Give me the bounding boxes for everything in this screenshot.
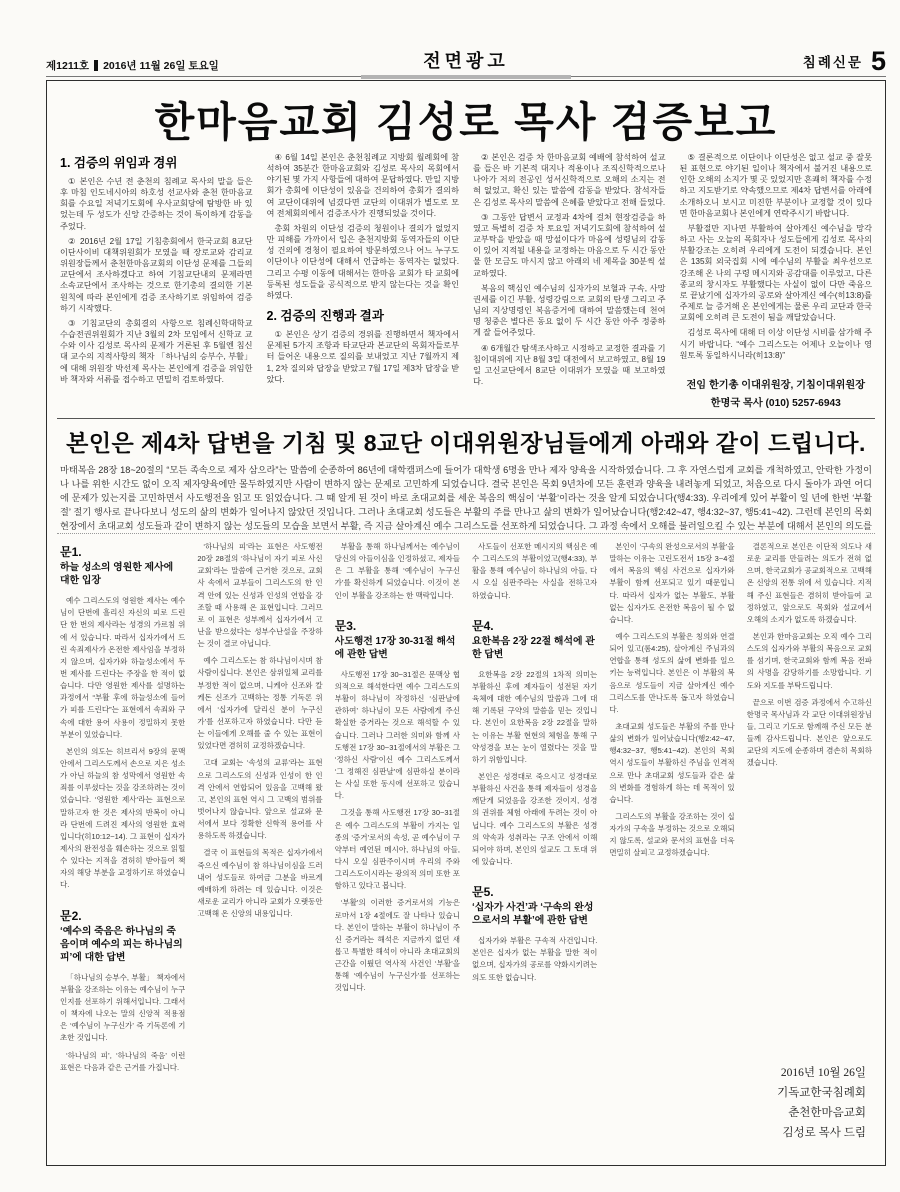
article-paragraph: 본인과 한마음교회는 오직 예수 그리스도의 십자가와 부활의 복음으로 교회를…	[747, 631, 872, 692]
question-number: 문3.	[335, 617, 460, 634]
banner-paragraph: 마태복음 28장 18~20절의 “모든 족속으로 제자 삼으라”는 말씀에 순…	[60, 464, 872, 534]
signature-line: 춘천한마음교회	[747, 1103, 872, 1123]
article-paragraph: 복음의 핵심인 예수님의 십자가의 보혈과 구속, 사망 권세를 이긴 부활, …	[473, 283, 666, 339]
verification-report-article: 1. 검증의 위임과 경위① 본인은 수년 전 춘천의 침례교 목사의 말을 들…	[60, 152, 872, 415]
ad-frame: 한마음교회 김성로 목사 검증보고 1. 검증의 위임과 경위① 본인은 수년 …	[46, 80, 886, 1166]
issue-date: 2016년 11월 26일 토요일	[103, 58, 219, 73]
article-paragraph: 초대교회 성도들은 부활의 주를 만나 삶의 변화가 일어났습니다(행2:42~…	[609, 721, 734, 806]
page-number: 5	[871, 51, 886, 73]
question-number: 문5.	[472, 883, 597, 900]
article-paragraph: 그리스도의 부활을 강조하는 것이 십자가의 구속을 부정하는 것으로 오해되지…	[609, 811, 734, 860]
section-heading: 1. 검증의 위임과 경위	[60, 153, 253, 171]
news-column: 결론적으로 본인은 이단적 의도나 새로운 교리를 만들려는 의도가 전혀 없으…	[747, 541, 872, 1159]
article-paragraph: 「하나님의 승부수, 부활」 책자에서 부활을 강조하는 이유는 예수님이 누구…	[60, 972, 185, 1045]
article-paragraph: 결국 이 표현들의 목적은 십자가에서 죽으신 예수님이 참 하나님이심을 드러…	[197, 847, 322, 920]
article-paragraph: ② 본인은 검증 차 한마음교회 예배에 참석하여 설교를 들은 바 기본적 대…	[473, 152, 666, 208]
article-paragraph: 본인의 의도는 히브리서 9장의 문맥 안에서 그리스도께서 손으로 지은 성소…	[60, 746, 185, 892]
article-paragraph: 십자가와 부활은 구속적 사건입니다. 본인은 십자가 없는 부활을 말한 적이…	[472, 935, 597, 984]
question-title: 하늘 성소의 영원한 제사에 대한 입장	[60, 561, 185, 587]
article-paragraph: 예수 그리스도는 참 하나님이시며 참 사람이십니다. 본인은 삼위일체 교리를…	[197, 655, 322, 752]
section-label-underline	[361, 75, 571, 79]
article-paragraph: ‘부활’의 이러한 증거로서의 기능은 로마서 1장 4절에도 잘 나타나 있습…	[335, 897, 460, 994]
question-title: ‘십자가 사건’과 ‘구속의 완성으로서의 부활’에 관한 답변	[472, 901, 597, 927]
signature-line: 기독교한국침례회	[747, 1083, 872, 1103]
question-number: 문4.	[472, 617, 597, 634]
article-paragraph: 사도행전 17장 30~31절은 문맥상 협의적으로 해석한다면 예수 그리스도…	[335, 669, 460, 803]
article-paragraph: ② 2016년 2월 17일 기침총회에서 한국교회 8교단 이단사이비 대책위…	[60, 236, 253, 314]
news-column: 부활을 통해 하나님께서는 예수님이 당신의 아들이심을 인정하셨고, 제자들은…	[335, 541, 460, 1159]
article-paragraph: ⑤ 결론적으로 이단이나 이단성은 없고 설교 중 잘못된 표현으로 야기된 일…	[680, 152, 873, 219]
article-paragraph: ③ 기침교단의 총회결의 사항으로 침례신학대학교 수습전권위원회가 지난 3월…	[60, 318, 253, 385]
article-paragraph: 김성로 목사에 대해 더 이상 이단성 시비를 삼가해 주시기 바랍니다. “예…	[680, 327, 873, 360]
question-title: ‘예수의 죽음은 하나님의 죽음이며 예수의 피는 하나님의 피’에 대한 답변	[60, 925, 185, 964]
article-paragraph: 부활을 통해 하나님께서는 예수님이 당신의 아들이심을 인정하셨고, 제자들은…	[335, 541, 460, 602]
section-heading: 2. 검증의 진행과 결과	[267, 306, 460, 324]
article-paragraph: ④ 6월 14일 본인은 춘천침례교 지방회 월례회에 참석하여 35분간 한마…	[267, 152, 460, 219]
article-paragraph: 고대 교회는 ‘속성의 교류’라는 표현으로 그리스도의 신성과 인성이 한 인…	[197, 757, 322, 842]
article-paragraph: 본인은 성경대로 죽으시고 성경대로 부활하신 사건을 통해 제자들이 성경을 …	[472, 771, 597, 868]
attribution-line: 전임 한기총 이대위원장, 기침이대위원장	[680, 377, 873, 395]
question-number: 문1.	[60, 543, 185, 560]
question-number: 문2.	[60, 907, 185, 924]
attribution-line: 한명국 목사 (010) 5257-6943	[680, 395, 873, 415]
question-title: 사도행전 17장 30-31절 해석에 관한 답변	[335, 635, 460, 661]
paper-name: 침례신문	[803, 51, 863, 73]
news-column: 문1.하늘 성소의 영원한 제사에 대한 입장예수 그리스도의 영원한 제사는 …	[60, 541, 185, 1159]
news-column: 사도들이 선포한 메시지의 핵심은 예수 그리스도의 부활이었고(행4:33),…	[472, 541, 597, 1159]
article-paragraph: 요한복음 2장 22절의 1차적 의미는 부활하신 후에 제자들이 성전된 자기…	[472, 669, 597, 766]
news-column: 본인이 ‘구속의 완성으로서의 부활’을 말하는 이유는 고린도전서 15장 3…	[609, 541, 734, 1159]
article-paragraph: 결론적으로 본인은 이단적 의도나 새로운 교리를 만들려는 의도가 전혀 없으…	[747, 541, 872, 626]
article-paragraph: 예수 그리스도의 영원한 제사는 예수님이 단번에 흘리신 자신의 피로 드린 …	[60, 595, 185, 741]
question-title: 요한복음 2장 22절 해석에 관한 답변	[472, 635, 597, 661]
page-title: 한마음교회 김성로 목사 검증보고	[47, 89, 885, 148]
article-paragraph: 그것을 통해 사도행전 17장 30~31절은 예수 그리스도의 부활이 가지는…	[335, 807, 460, 892]
article-paragraph: ‘하나님의 피’라는 표현은 사도행전 20장 28절의 ‘하나님이 자기 피로…	[197, 541, 322, 650]
news-column: ④ 6월 14일 본인은 춘천침례교 지방회 월례회에 참석하여 35분간 한마…	[267, 152, 460, 415]
banner-headline: 본인은 제4차 답변을 기침 및 8교단 이대위원장님들에게 아래와 같이 드립…	[60, 425, 872, 458]
newspaper-page: { "masthead": { "issue_no": "제1211호", "d…	[0, 0, 900, 1192]
statement-banner: 본인은 제4차 답변을 기침 및 8교단 이대위원장님들에게 아래와 같이 드립…	[57, 418, 875, 534]
signature-line: 김성로 목사 드림	[747, 1123, 872, 1143]
article-paragraph: ‘하나님의 피’, ‘하나님의 죽음’ 이런 표현은 다음과 같은 근거를 가집…	[60, 1050, 185, 1074]
signature-line: 2016년 10월 26일	[747, 1063, 872, 1083]
article-paragraph: 사도들이 선포한 메시지의 핵심은 예수 그리스도의 부활이었고(행4:33),…	[472, 541, 597, 602]
news-column: ‘하나님의 피’라는 표현은 사도행전 20장 28절의 ‘하나님이 자기 피로…	[197, 541, 322, 1159]
article-paragraph: 총회 차원의 이단성 검증의 청원이나 결의가 없었지만 피해를 가까이서 입은…	[267, 223, 460, 301]
answers-article: 문1.하늘 성소의 영원한 제사에 대한 입장예수 그리스도의 영원한 제사는 …	[60, 541, 872, 1159]
article-paragraph: ④ 6개월간 탐색조사하고 시정하고 교정한 결과를 기침이대위에 지난 8월 …	[473, 343, 666, 388]
article-paragraph: ① 본인은 상기 검증의 경위를 진행하면서 책자에서 문제된 5가지 조항과 …	[267, 329, 460, 385]
news-column: 1. 검증의 위임과 경위① 본인은 수년 전 춘천의 침례교 목사의 말을 들…	[60, 152, 253, 415]
article-paragraph: ③ 그동안 답변서 교정과 4차에 걸쳐 현장검증을 하였고 특별히 검증 차 …	[473, 212, 666, 279]
issue-number: 제1211호	[46, 58, 89, 73]
article-paragraph: 본인이 ‘구속의 완성으로서의 부활’을 말하는 이유는 고린도전서 15장 3…	[609, 541, 734, 626]
article-paragraph: 예수 그리스도의 부활은 칭의와 연결되어 있고(롬4:25), 살아계신 주님…	[609, 631, 734, 716]
issue-separator-mark	[94, 60, 98, 71]
issue-and-date: 제1211호 2016년 11월 26일 토요일	[46, 58, 219, 73]
article-paragraph: ① 본인은 수년 전 춘천의 침례교 목사의 말을 들은 후 마침 인도네시아의…	[60, 176, 253, 232]
section-label: 전면광고	[423, 47, 509, 73]
news-column: ⑤ 결론적으로 이단이나 이단성은 없고 설교 중 잘못된 표현으로 야기된 일…	[680, 152, 873, 415]
article-paragraph: 부활절만 지나면 부활하여 살아계신 예수님을 망각하고 사는 오늘의 목회자나…	[680, 223, 873, 323]
paper-name-block: 침례신문 5	[803, 51, 886, 73]
news-column: ② 본인은 검증 차 한마음교회 예배에 참석하여 설교를 들은 바 기본적 대…	[473, 152, 666, 415]
article-paragraph: 끝으로 이번 검증 과정에서 수고하신 한명국 목사님과 각 교단 이대위원장님…	[747, 697, 872, 770]
masthead: 제1211호 2016년 11월 26일 토요일 전면광고 침례신문 5	[46, 48, 886, 77]
